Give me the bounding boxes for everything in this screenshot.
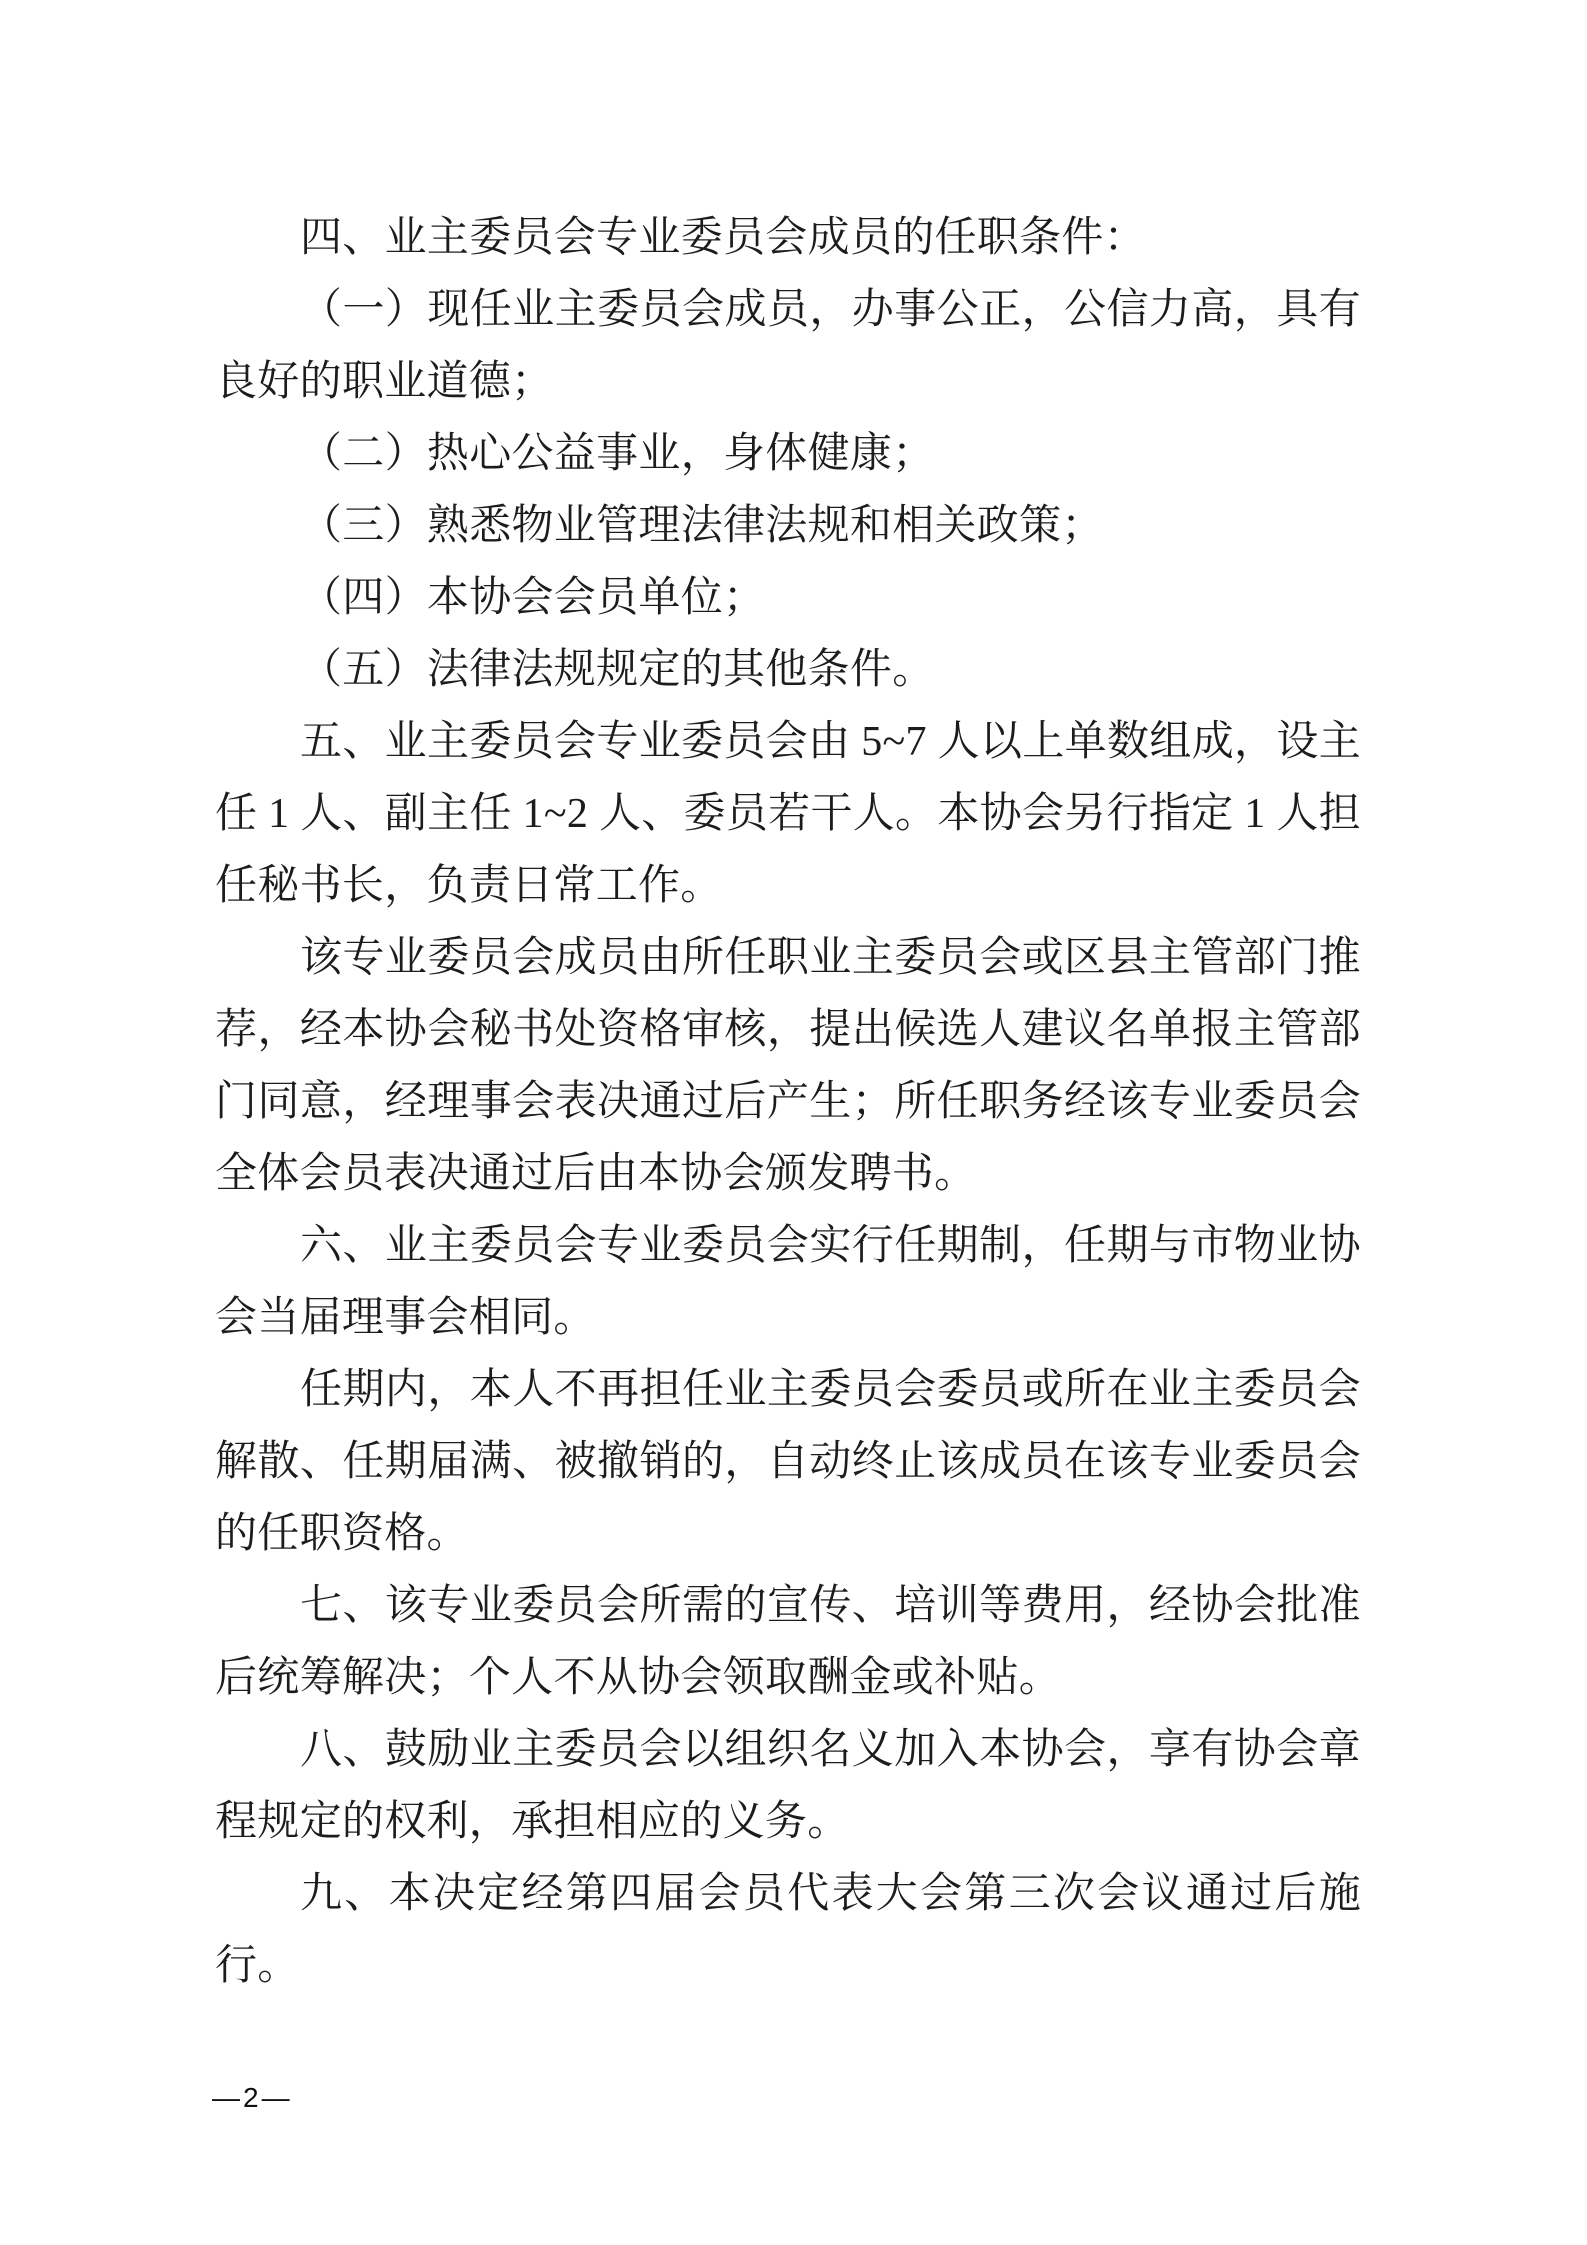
text-line: 四、业主委员会专业委员会成员的任职条件： [215, 202, 1361, 274]
text-line: （三）熟悉物业管理法律法规和相关政策； [215, 490, 1361, 562]
text-line: 后统筹解决；个人不从协会领取酬金或补贴。 [215, 1642, 1361, 1714]
text-line: 会当届理事会相同。 [215, 1282, 1361, 1354]
document-page: 四、业主委员会专业委员会成员的任职条件： （一）现任业主委员会成员，办事公正，公… [0, 0, 1587, 2245]
text-line: 行。 [215, 1930, 1361, 2002]
text-line: 门同意，经理事会表决通过后产生；所任职务经该专业委员会 [215, 1066, 1361, 1138]
text-line: 解散、任期届满、被撤销的，自动终止该成员在该专业委员会 [215, 1426, 1361, 1498]
text-line: 该专业委员会成员由所任职业主委员会或区县主管部门推 [215, 922, 1361, 994]
text-line: （一）现任业主委员会成员，办事公正，公信力高，具有 [215, 274, 1361, 346]
text-line: 全体会员表决通过后由本协会颁发聘书。 [215, 1138, 1361, 1210]
text-line: 荐，经本协会秘书处资格审核，提出候选人建议名单报主管部 [215, 994, 1361, 1066]
text-line: （五）法律法规规定的其他条件。 [215, 634, 1361, 706]
text-line: 七、该专业委员会所需的宣传、培训等费用，经协会批准 [215, 1570, 1361, 1642]
text-line: 任期内，本人不再担任业主委员会委员或所在业主委员会 [215, 1354, 1361, 1426]
document-body: 四、业主委员会专业委员会成员的任职条件： （一）现任业主委员会成员，办事公正，公… [215, 202, 1361, 2002]
text-line: 八、鼓励业主委员会以组织名义加入本协会，享有协会章 [215, 1714, 1361, 1786]
text-line: 五、业主委员会专业委员会由 5~7 人以上单数组成，设主 [215, 706, 1361, 778]
text-line: 的任职资格。 [215, 1498, 1361, 1570]
text-line: 程规定的权利，承担相应的义务。 [215, 1786, 1361, 1858]
text-line: 九、本决定经第四届会员代表大会第三次会议通过后施 [215, 1858, 1361, 1930]
text-line: 良好的职业道德； [215, 346, 1361, 418]
page-number: —2— [212, 2083, 293, 2113]
text-line: 任 1 人、副主任 1~2 人、委员若干人。本协会另行指定 1 人担 [215, 778, 1361, 850]
text-line: （二）热心公益事业，身体健康； [215, 418, 1361, 490]
text-line: 任秘书长，负责日常工作。 [215, 850, 1361, 922]
text-line: 六、业主委员会专业委员会实行任期制，任期与市物业协 [215, 1210, 1361, 1282]
text-line: （四）本协会会员单位； [215, 562, 1361, 634]
